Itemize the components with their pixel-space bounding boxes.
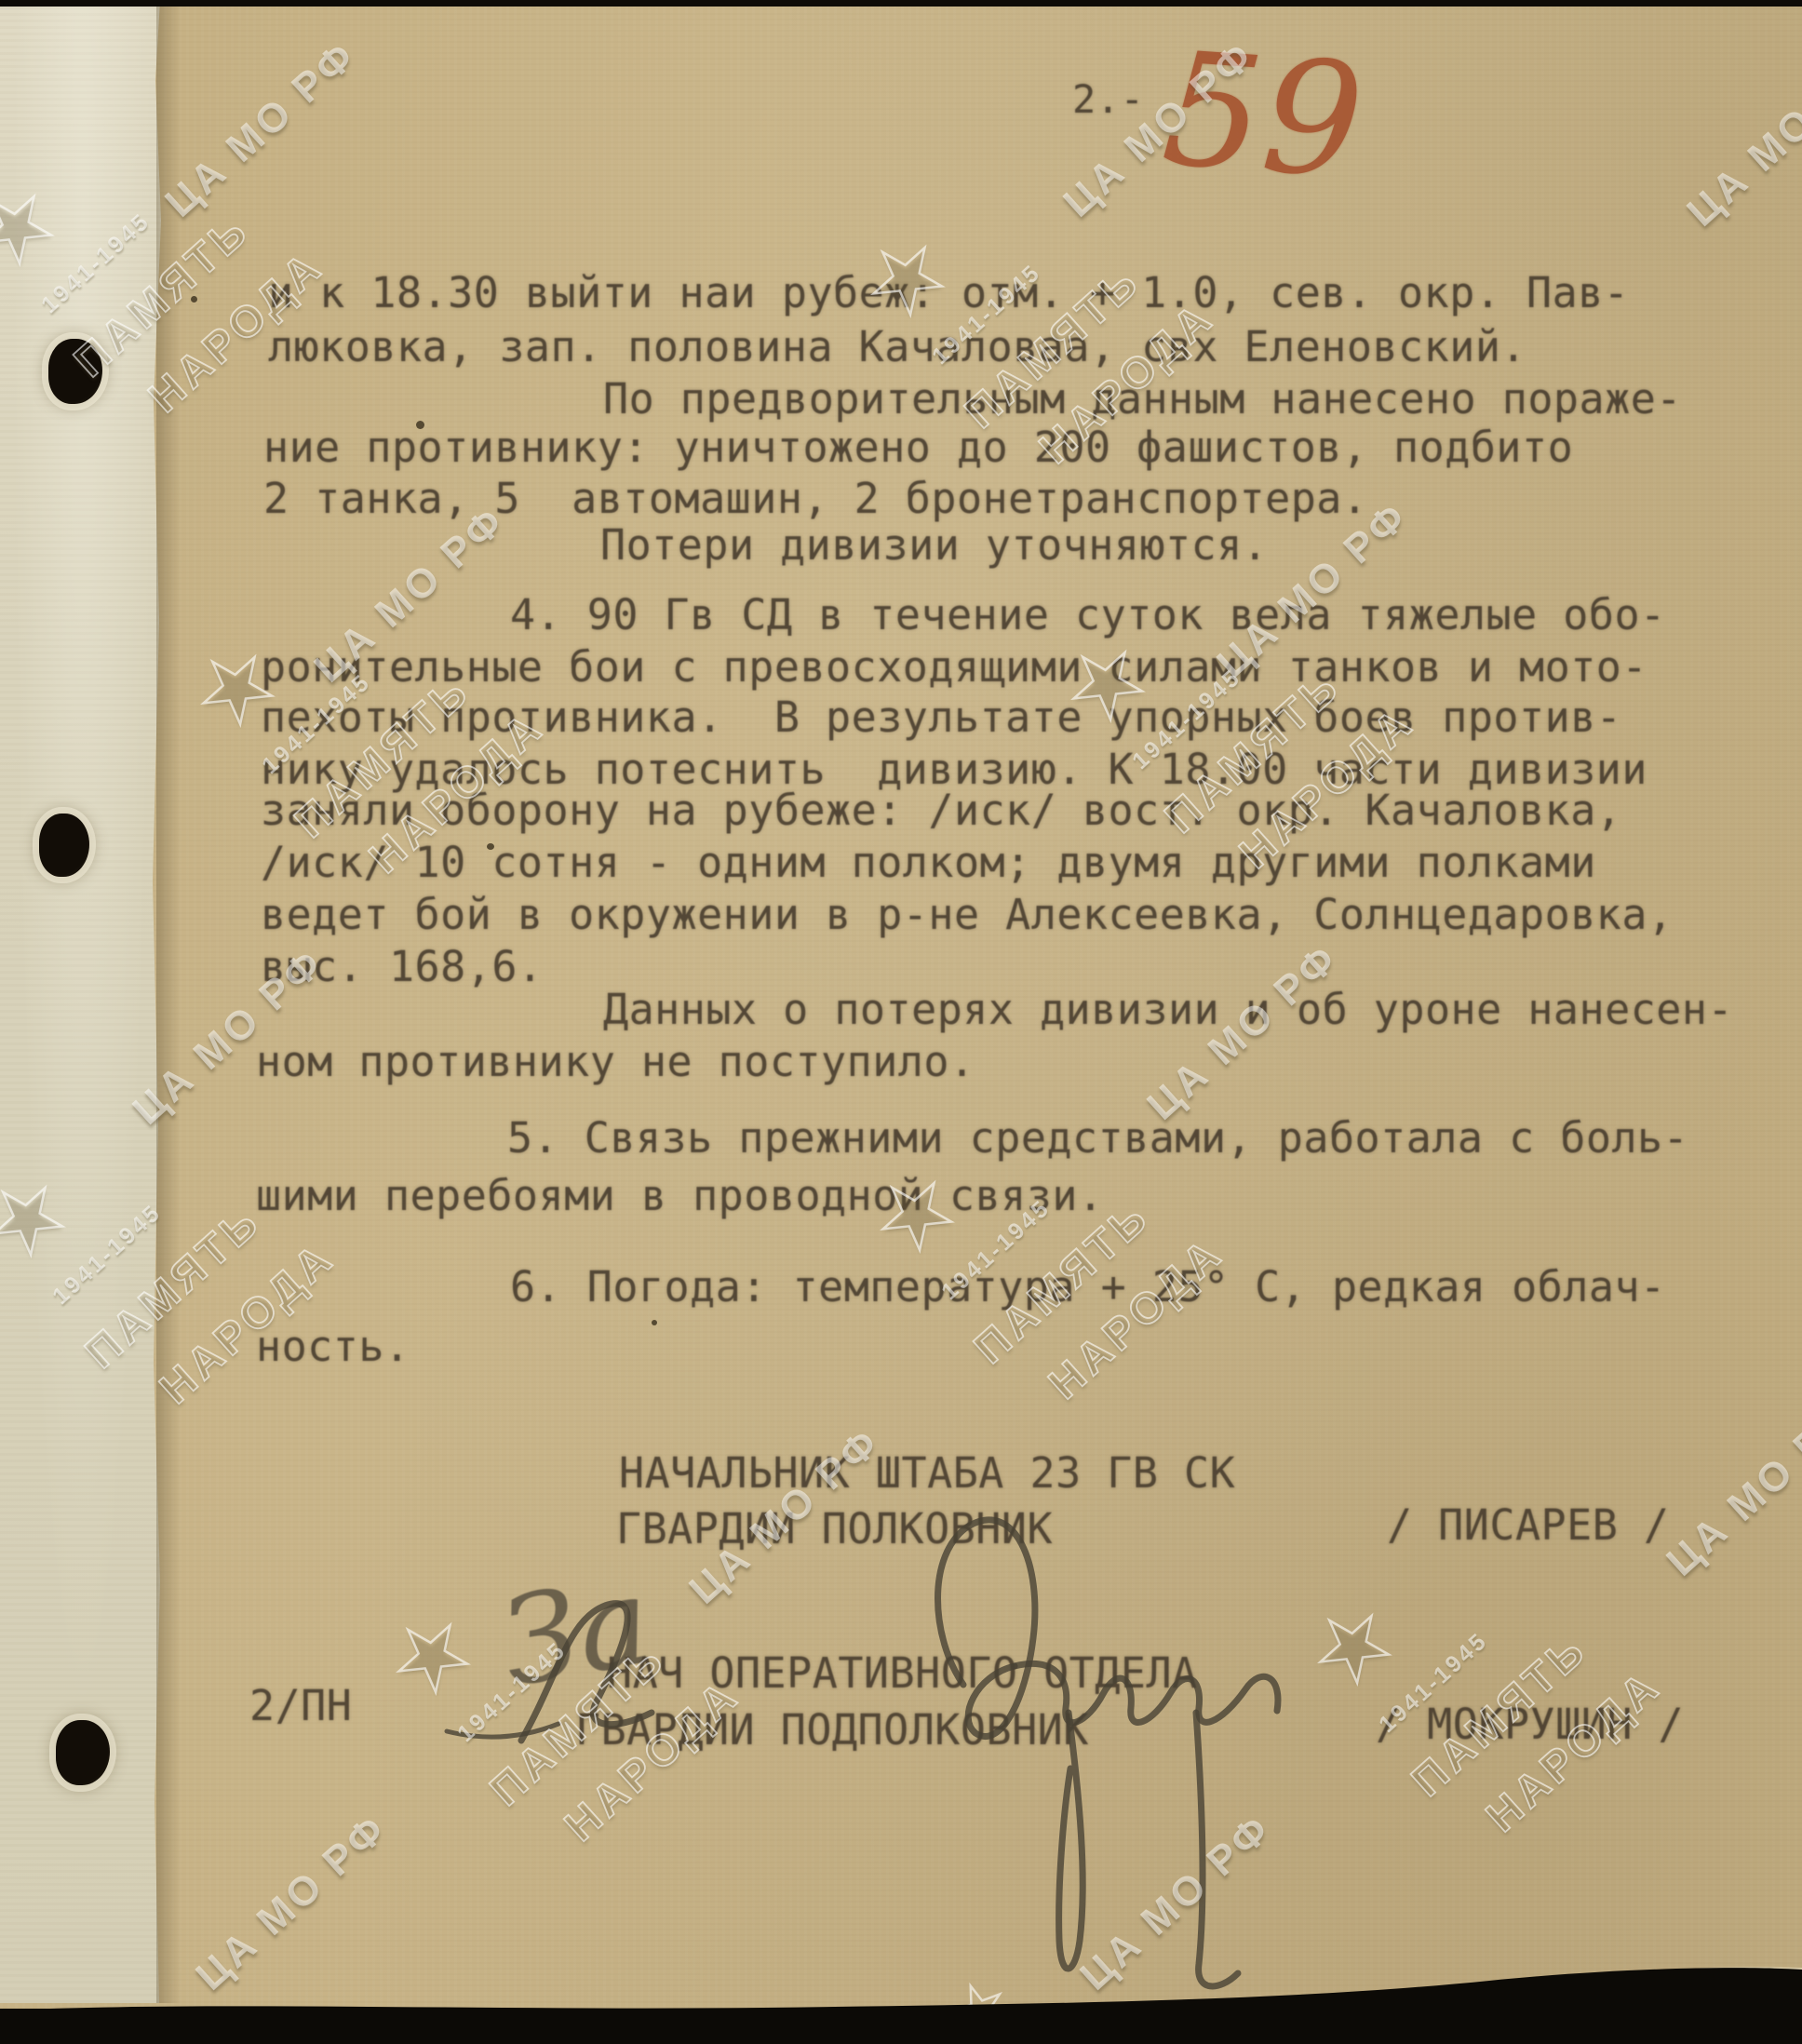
- scanned-document: 2.- и к 18.30 выйти наи рубеж: отм. + 1.…: [0, 0, 1802, 2044]
- scan-edge-bottom: [0, 0, 1802, 2044]
